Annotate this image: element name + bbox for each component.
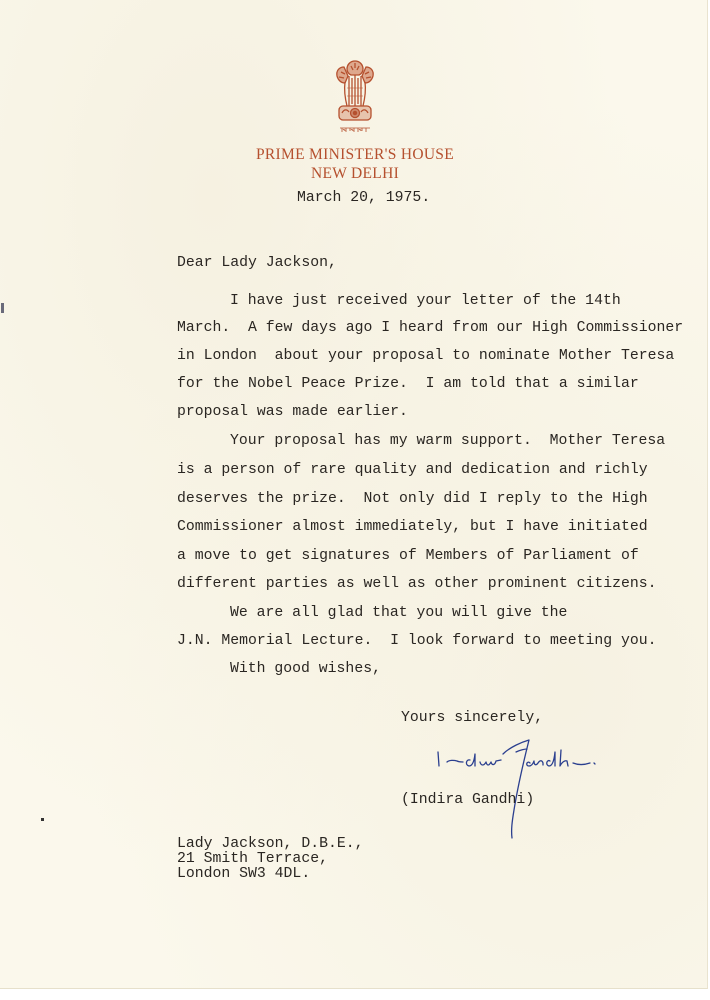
letter-paper: PRIME MINISTER'S HOUSE NEW DELHI March 2… [0, 0, 708, 989]
body-line: March. A few days ago I heard from our H… [177, 320, 683, 336]
body-line: deserves the prize. Not only did I reply… [177, 491, 648, 507]
body-line: Commissioner almost immediately, but I h… [177, 519, 648, 535]
letterhead-city: NEW DELHI [0, 165, 710, 183]
recipient-street: 21 Smith Terrace, [177, 852, 328, 867]
recipient-city: London SW3 4DL. [177, 867, 310, 882]
body-line: in London about your proposal to nominat… [177, 348, 674, 364]
state-emblem-icon [331, 58, 379, 136]
paper-mark [1, 303, 4, 313]
closing: Yours sincerely, [401, 710, 543, 726]
paper-speck [41, 818, 44, 821]
recipient-name: Lady Jackson, D.B.E., [177, 837, 363, 852]
letter-date: March 20, 1975. [297, 190, 430, 206]
body-line: J.N. Memorial Lecture. I look forward to… [177, 633, 657, 649]
signatory-name: (Indira Gandhi) [401, 792, 534, 808]
body-line: We are all glad that you will give the [230, 605, 567, 621]
body-line: With good wishes, [230, 661, 381, 677]
body-line: different parties as well as other promi… [177, 576, 657, 592]
salutation: Dear Lady Jackson, [177, 255, 337, 271]
handwritten-signature [430, 730, 600, 842]
body-line: Your proposal has my warm support. Mothe… [230, 433, 665, 449]
body-line: is a person of rare quality and dedicati… [177, 462, 648, 478]
body-line: a move to get signatures of Members of P… [177, 548, 639, 564]
letterhead-title: PRIME MINISTER'S HOUSE [0, 146, 710, 164]
body-line: I have just received your letter of the … [230, 293, 621, 309]
body-line: for the Nobel Peace Prize. I am told tha… [177, 376, 639, 392]
body-line: proposal was made earlier. [177, 404, 408, 420]
